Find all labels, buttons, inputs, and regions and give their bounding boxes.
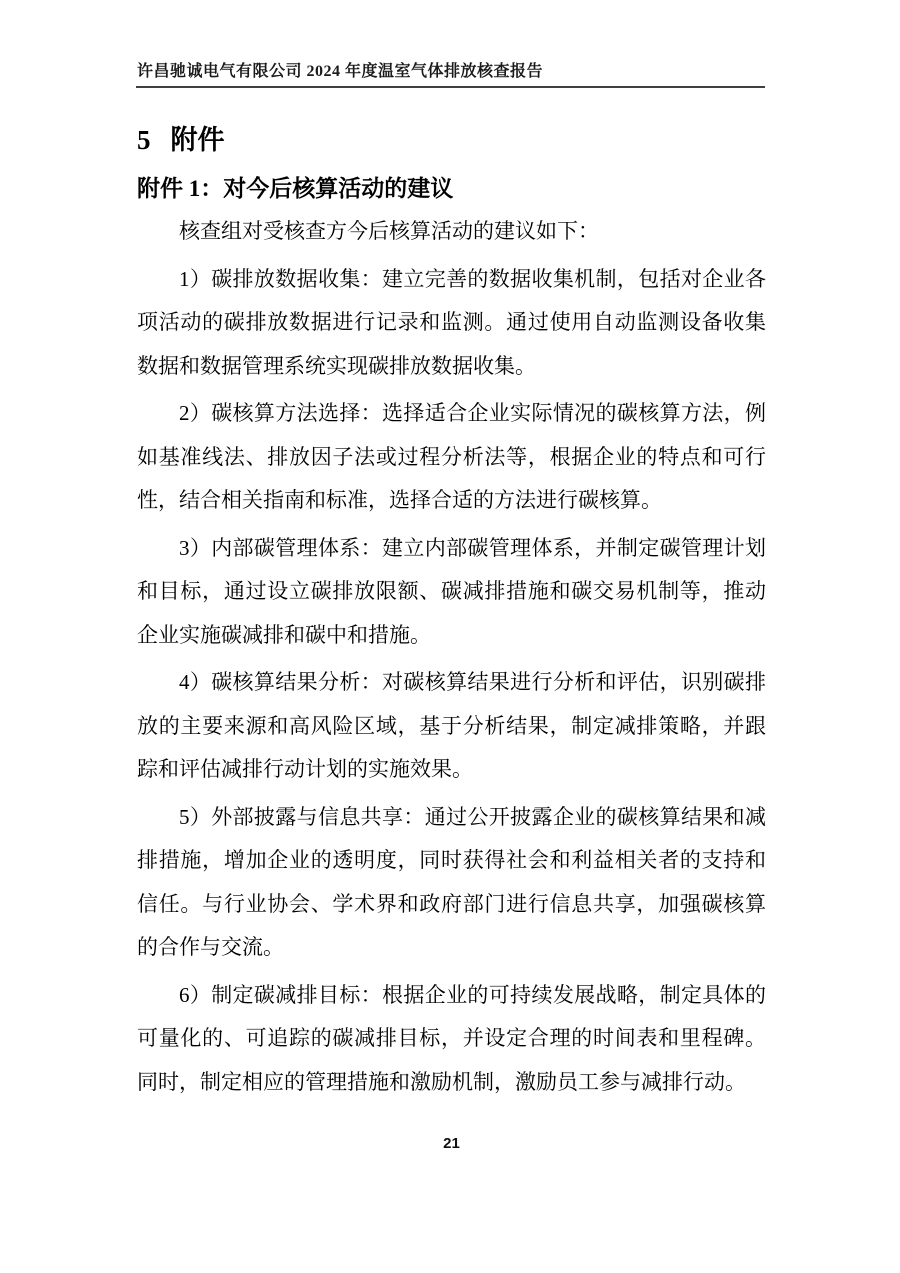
header-divider [136, 86, 765, 88]
document-page: 许昌驰诚电气有限公司 2024 年度温室气体排放核查报告 5附件 附件 1：对今… [0, 0, 900, 1273]
section-heading-title: 附件 [171, 125, 225, 155]
paragraph-item-6: 6）制定碳减排目标：根据企业的可持续发展战略，制定具体的可量化的、可追踪的碳减排… [137, 974, 766, 1105]
section-heading: 5附件 [137, 118, 225, 157]
section-heading-number: 5 [137, 125, 151, 155]
paragraph-item-2: 2）碳核算方法选择：选择适合企业实际情况的碳核算方法，例如基准线法、排放因子法或… [137, 392, 766, 523]
paragraph-item-3: 3）内部碳管理体系：建立内部碳管理体系，并制定碳管理计划和目标，通过设立碳排放限… [137, 527, 766, 658]
paragraph-item-1: 1）碳排放数据收集：建立完善的数据收集机制，包括对企业各项活动的碳排放数据进行记… [137, 258, 766, 389]
paragraph-intro: 核查组对受核查方今后核算活动的建议如下： [137, 210, 766, 254]
page-number: 21 [137, 1135, 766, 1152]
document-body: 核查组对受核查方今后核算活动的建议如下： 1）碳排放数据收集：建立完善的数据收集… [137, 210, 766, 1108]
attachment-heading: 附件 1：对今后核算活动的建议 [137, 170, 453, 203]
paragraph-item-4: 4）碳核算结果分析：对碳核算结果进行分析和评估，识别碳排放的主要来源和高风险区域… [137, 661, 766, 792]
page-header-title: 许昌驰诚电气有限公司 2024 年度温室气体排放核查报告 [137, 58, 765, 81]
paragraph-item-5: 5）外部披露与信息共享：通过公开披露企业的碳核算结果和减排措施，增加企业的透明度… [137, 796, 766, 970]
